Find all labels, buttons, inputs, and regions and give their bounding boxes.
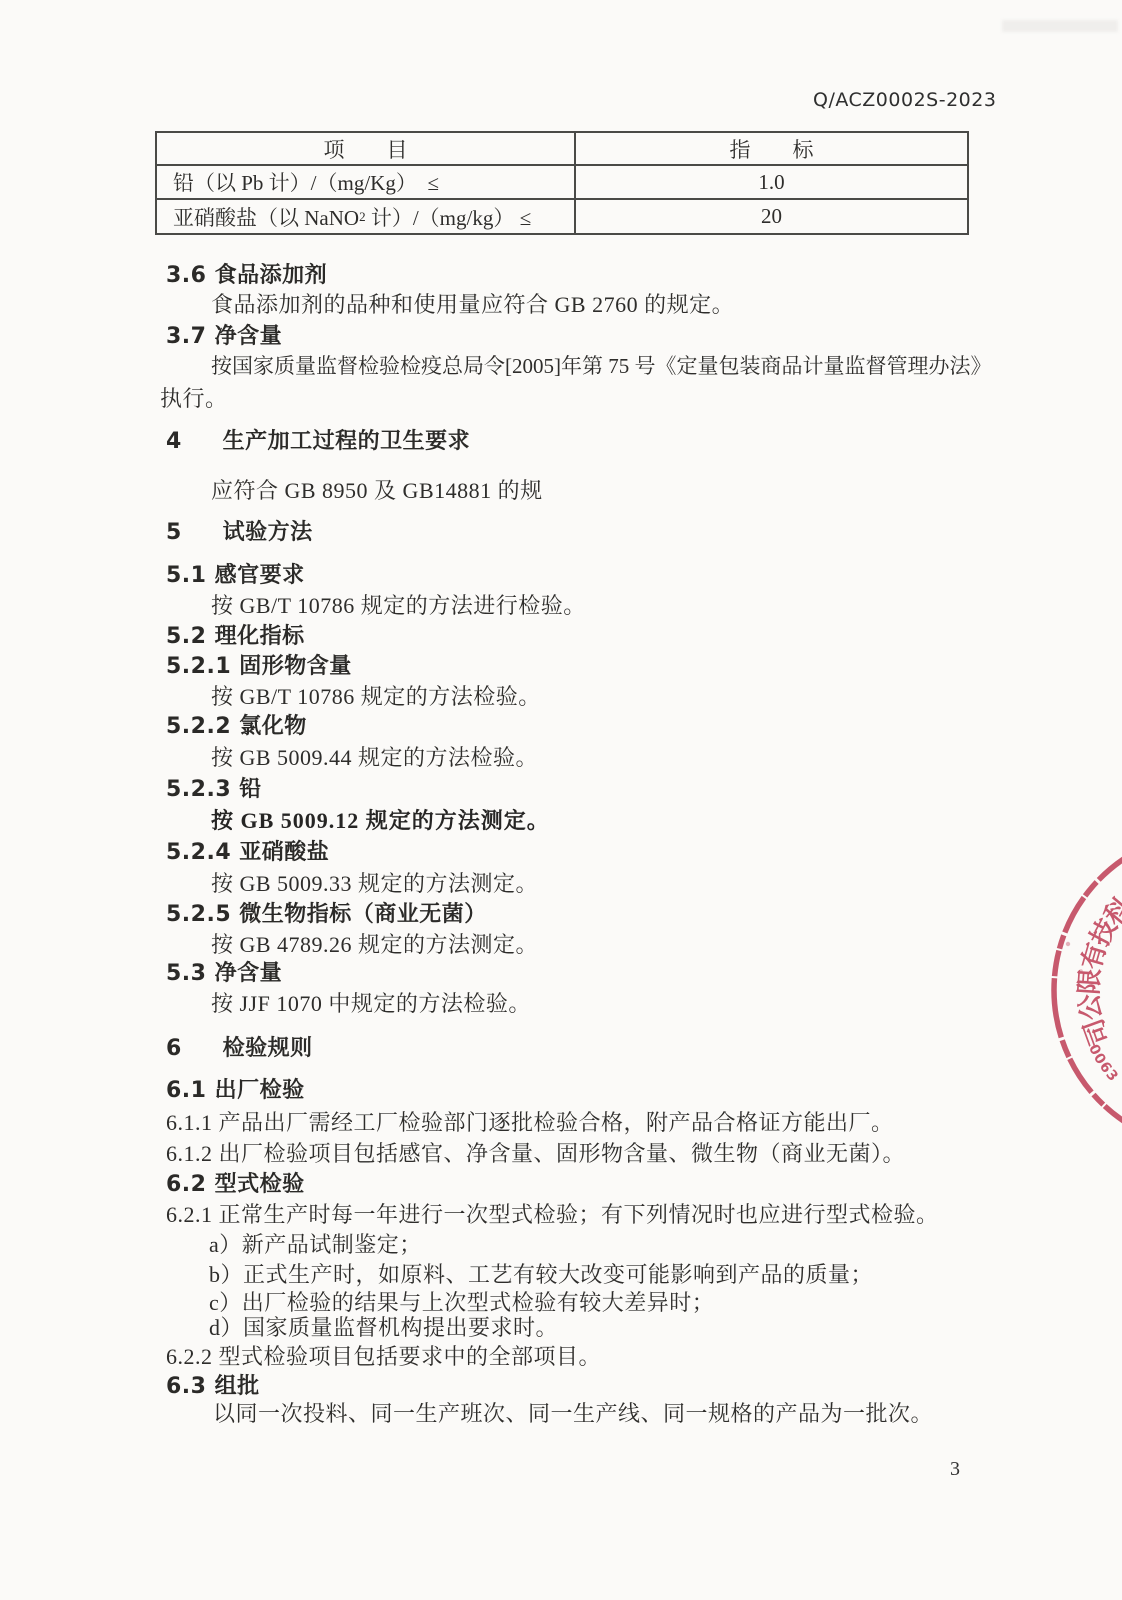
- heading-5: 5 试验方法: [166, 520, 313, 545]
- heading-5-2-1: 5.2.1 固形物含量: [166, 654, 352, 679]
- para-5-2-3: 按 GB 5009.12 规定的方法测定。: [211, 808, 550, 833]
- heading-3-6: 3.6 食品添加剂: [166, 263, 327, 288]
- para-6-3: 以同一次投料、同一生产班次、同一生产线、同一规格的产品为一批次。: [213, 1401, 933, 1426]
- para-6-1-1: 6.1.1 产品出厂需经工厂检验部门逐批检验合格，附产品合格证方能出厂。: [166, 1110, 894, 1135]
- heading-5-2-3: 5.2.3 铅: [166, 777, 262, 802]
- company-seal-stamp: 科 技 有 限 公 司 0 0 6 3: [1037, 855, 1122, 1145]
- para-6-2-2: 6.2.2 型式检验项目包括要求中的全部项目。: [166, 1344, 601, 1369]
- seal-char: 限: [1074, 967, 1106, 995]
- table-cell-lead-item: 铅（以 Pb 计）/（mg/Kg） ≤: [157, 166, 574, 198]
- standard-code: Q/ACZ0002S-2023: [813, 89, 996, 111]
- heading-6-3: 6.3 组批: [166, 1374, 260, 1399]
- table-row-lead: 铅（以 Pb 计）/（mg/Kg） ≤ 1.0: [157, 164, 967, 198]
- table-row-nitrite: 亚硝酸盐（以 NaNO2 计）/（mg/kg） ≤ 20: [157, 198, 967, 233]
- limits-table: 项 目 指 标 铅（以 Pb 计）/（mg/Kg） ≤ 1.0 亚硝酸盐（以 N…: [155, 131, 969, 235]
- seal-company-text: 科 技 有 限 公 司: [1074, 891, 1122, 1049]
- table-cell-lead-value: 1.0: [574, 166, 967, 198]
- list-item-b: b）正式生产时，如原料、工艺有较大改变可能影响到产品的质量；: [209, 1262, 873, 1287]
- table-cell-nitrite-item: 亚硝酸盐（以 NaNO2 计）/（mg/kg） ≤: [157, 200, 574, 233]
- heading-5-2-4: 5.2.4 亚硝酸盐: [166, 840, 329, 865]
- heading-3-7: 3.7 净含量: [166, 324, 282, 349]
- seal-ink-speck: [1066, 942, 1070, 946]
- heading-5-2: 5.2 理化指标: [166, 624, 305, 649]
- para-5-1: 按 GB/T 10786 规定的方法进行检验。: [211, 593, 586, 618]
- list-item-d: d）国家质量监督机构提出要求时。: [209, 1315, 558, 1340]
- para-5-2-5: 按 GB 4789.26 规定的方法测定。: [211, 932, 538, 957]
- document-page: Q/ACZ0002S-2023 项 目 指 标 铅（以 Pb 计）/（mg/Kg…: [0, 0, 1122, 1600]
- para-5-2-1: 按 GB/T 10786 规定的方法检验。: [211, 684, 541, 709]
- table-header-indicator: 指 标: [574, 133, 967, 164]
- heading-6-2: 6.2 型式检验: [166, 1172, 305, 1197]
- scan-artifact: [1002, 20, 1118, 32]
- heading-5-1: 5.1 感官要求: [166, 563, 305, 588]
- para-3-6: 食品添加剂的品种和使用量应符合 GB 2760 的规定。: [211, 292, 734, 317]
- seal-serial-number: 0 0 6 3: [1085, 1042, 1121, 1085]
- para-5-2-4: 按 GB 5009.33 规定的方法测定。: [211, 871, 538, 896]
- nitrite-item-post: 计）/（mg/kg） ≤: [366, 202, 532, 232]
- heading-5-2-5: 5.2.5 微生物指标（商业无菌）: [166, 902, 487, 927]
- para-5-2-2: 按 GB 5009.44 规定的方法检验。: [211, 745, 538, 770]
- para-5-3: 按 JJF 1070 中规定的方法检验。: [211, 991, 531, 1016]
- para-6-2-1: 6.2.1 正常生产时每一年进行一次型式检验；有下列情况时也应进行型式检验。: [166, 1202, 939, 1227]
- nitrite-item-pre: 亚硝酸盐（以 NaNO: [173, 202, 359, 232]
- heading-5-2-2: 5.2.2 氯化物: [166, 714, 307, 739]
- heading-6: 6 检验规则: [166, 1036, 313, 1061]
- table-cell-nitrite-value: 20: [574, 200, 967, 233]
- para-4: 应符合 GB 8950 及 GB14881 的规: [211, 478, 543, 503]
- para-3-7-a: 按国家质量监督检验检疫总局令[2005]年第 75 号《定量包装商品计量监督管理…: [211, 354, 991, 379]
- heading-5-3: 5.3 净含量: [166, 961, 282, 986]
- table-header-row: 项 目 指 标: [157, 133, 967, 164]
- heading-4: 4 生产加工过程的卫生要求: [166, 429, 470, 454]
- page-number: 3: [950, 1458, 960, 1481]
- table-header-item: 项 目: [157, 133, 574, 164]
- list-item-a: a）新产品试制鉴定；: [209, 1232, 422, 1257]
- para-6-1-2: 6.1.2 出厂检验项目包括感官、净含量、固形物含量、微生物（商业无菌）。: [166, 1141, 905, 1166]
- para-3-7-b: 执行。: [160, 386, 228, 411]
- heading-6-1: 6.1 出厂检验: [166, 1078, 305, 1103]
- list-item-c: c）出厂检验的结果与上次型式检验有较大差异时；: [209, 1290, 714, 1315]
